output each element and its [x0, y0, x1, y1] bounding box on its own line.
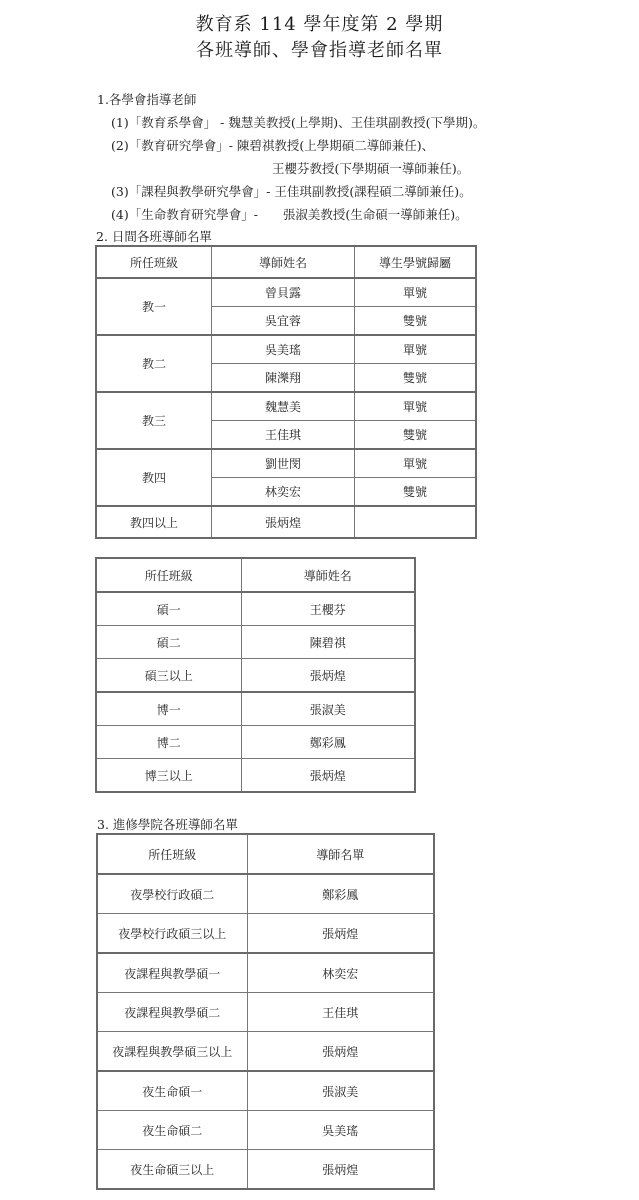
teacher-cell: 曾貝露	[211, 278, 354, 307]
table-header-row: 所任班級 導師名單	[97, 834, 434, 874]
table-row: 夜課程與教學碩二 王佳琪	[97, 993, 434, 1032]
teacher-cell: 林奕宏	[211, 478, 354, 507]
day-class-tutor-table: 所任班級 導師姓名 導生學號歸屬 教一 曾貝露 單號 吳宜蓉 雙號 教二 吳美瑤…	[95, 245, 477, 539]
teacher-cell: 吳宜蓉	[211, 307, 354, 336]
table-row: 夜生命碩二 吳美瑤	[97, 1111, 434, 1150]
teacher-cell: 張淑美	[241, 692, 415, 726]
table-row: 碩二 陳碧祺	[96, 626, 415, 659]
table-row: 博三以上 張炳煌	[96, 759, 415, 793]
teacher-cell: 王櫻芬	[241, 592, 415, 626]
header-class: 所任班級	[96, 558, 241, 592]
number-cell: 雙號	[355, 478, 476, 507]
teacher-cell: 吳美瑤	[247, 1111, 434, 1150]
table-row: 夜學校行政碩二 鄭彩鳳	[97, 874, 434, 914]
class-cell: 教二	[96, 335, 211, 392]
teacher-cell: 鄭彩鳳	[247, 874, 434, 914]
document-title: 教育系 114 學年度第 2 學期	[0, 10, 639, 36]
table-row: 夜生命碩一 張淑美	[97, 1071, 434, 1111]
table-row: 教三 魏慧美 單號	[96, 392, 476, 421]
teacher-cell: 陳濼翔	[211, 364, 354, 393]
class-cell: 夜學校行政碩三以上	[97, 914, 247, 954]
class-cell: 教一	[96, 278, 211, 335]
class-cell: 碩三以上	[96, 659, 241, 693]
table-row: 夜課程與教學碩三以上 張炳煌	[97, 1032, 434, 1072]
section3-heading: 3. 進修學院各班導師名單	[97, 815, 238, 833]
number-cell: 單號	[355, 392, 476, 421]
association-item-1: (1)「教育系學會」 - 魏慧美教授(上學期)、王佳琪副教授(下學期)。	[111, 113, 485, 131]
teacher-cell: 陳碧祺	[241, 626, 415, 659]
teacher-cell: 鄭彩鳳	[241, 726, 415, 759]
teacher-cell: 張炳煌	[241, 659, 415, 693]
class-cell: 夜課程與教學碩二	[97, 993, 247, 1032]
teacher-cell: 林奕宏	[247, 953, 434, 993]
teacher-cell: 王佳琪	[211, 421, 354, 450]
association-item-2-cont: 王櫻芬教授(下學期碩一導師兼任)。	[272, 159, 469, 177]
table-row: 教一 曾貝露 單號	[96, 278, 476, 307]
class-cell: 教三	[96, 392, 211, 449]
association-item-3: (3)「課程與教學研究學會」- 王佳琪副教授(課程碩二導師兼任)。	[111, 182, 472, 200]
header-class: 所任班級	[97, 834, 247, 874]
teacher-cell: 張炳煌	[247, 914, 434, 954]
number-cell: 雙號	[355, 421, 476, 450]
number-cell: 單號	[355, 278, 476, 307]
class-cell: 夜學校行政碩二	[97, 874, 247, 914]
night-school-tutor-table: 所任班級 導師名單 夜學校行政碩二 鄭彩鳳 夜學校行政碩三以上 張炳煌 夜課程與…	[96, 833, 435, 1190]
class-cell: 博二	[96, 726, 241, 759]
number-cell: 雙號	[355, 307, 476, 336]
class-cell: 夜課程與教學碩三以上	[97, 1032, 247, 1072]
class-cell: 夜課程與教學碩一	[97, 953, 247, 993]
table-row: 教四 劉世閔 單號	[96, 449, 476, 478]
table-row: 夜學校行政碩三以上 張炳煌	[97, 914, 434, 954]
teacher-cell: 張淑美	[247, 1071, 434, 1111]
teacher-cell: 張炳煌	[247, 1150, 434, 1190]
table-row: 教二 吳美瑤 單號	[96, 335, 476, 364]
table-row: 碩三以上 張炳煌	[96, 659, 415, 693]
class-cell: 碩二	[96, 626, 241, 659]
header-class: 所任班級	[96, 246, 211, 278]
class-cell: 博一	[96, 692, 241, 726]
class-cell: 夜生命碩三以上	[97, 1150, 247, 1190]
teacher-cell: 張炳煌	[247, 1032, 434, 1072]
number-cell: 雙號	[355, 364, 476, 393]
table-row: 教四以上 張炳煌	[96, 506, 476, 538]
teacher-cell: 張炳煌	[211, 506, 354, 538]
header-teacher: 導師姓名	[211, 246, 354, 278]
teacher-cell: 王佳琪	[247, 993, 434, 1032]
table-row: 博一 張淑美	[96, 692, 415, 726]
header-teacher: 導師姓名	[241, 558, 415, 592]
table-row: 碩一 王櫻芬	[96, 592, 415, 626]
table-row: 夜生命碩三以上 張炳煌	[97, 1150, 434, 1190]
number-cell	[355, 506, 476, 538]
number-cell: 單號	[355, 449, 476, 478]
section1-heading: 1.各學會指導老師	[97, 90, 196, 108]
class-cell: 博三以上	[96, 759, 241, 793]
teacher-cell: 魏慧美	[211, 392, 354, 421]
number-cell: 單號	[355, 335, 476, 364]
teacher-cell: 劉世閔	[211, 449, 354, 478]
header-teacher: 導師名單	[247, 834, 434, 874]
class-cell: 教四	[96, 449, 211, 506]
graduate-tutor-table: 所任班級 導師姓名 碩一 王櫻芬 碩二 陳碧祺 碩三以上 張炳煌 博一 張淑美 …	[95, 557, 416, 793]
class-cell: 碩一	[96, 592, 241, 626]
table-header-row: 所任班級 導師姓名	[96, 558, 415, 592]
table-row: 夜課程與教學碩一 林奕宏	[97, 953, 434, 993]
teacher-cell: 吳美瑤	[211, 335, 354, 364]
class-cell: 夜生命碩二	[97, 1111, 247, 1150]
header-student-number: 導生學號歸屬	[355, 246, 476, 278]
table-row: 博二 鄭彩鳳	[96, 726, 415, 759]
document-subtitle: 各班導師、學會指導老師名單	[0, 36, 639, 62]
association-item-2: (2)「教育研究學會」- 陳碧祺教授(上學期碩二導師兼任)、	[111, 136, 434, 154]
section2-heading: 2. 日間各班導師名單	[96, 227, 212, 245]
class-cell: 教四以上	[96, 506, 211, 538]
association-item-4: (4)「生命教育研究學會」- 張淑美教授(生命碩一導師兼任)。	[111, 205, 468, 223]
table-header-row: 所任班級 導師姓名 導生學號歸屬	[96, 246, 476, 278]
class-cell: 夜生命碩一	[97, 1071, 247, 1111]
teacher-cell: 張炳煌	[241, 759, 415, 793]
